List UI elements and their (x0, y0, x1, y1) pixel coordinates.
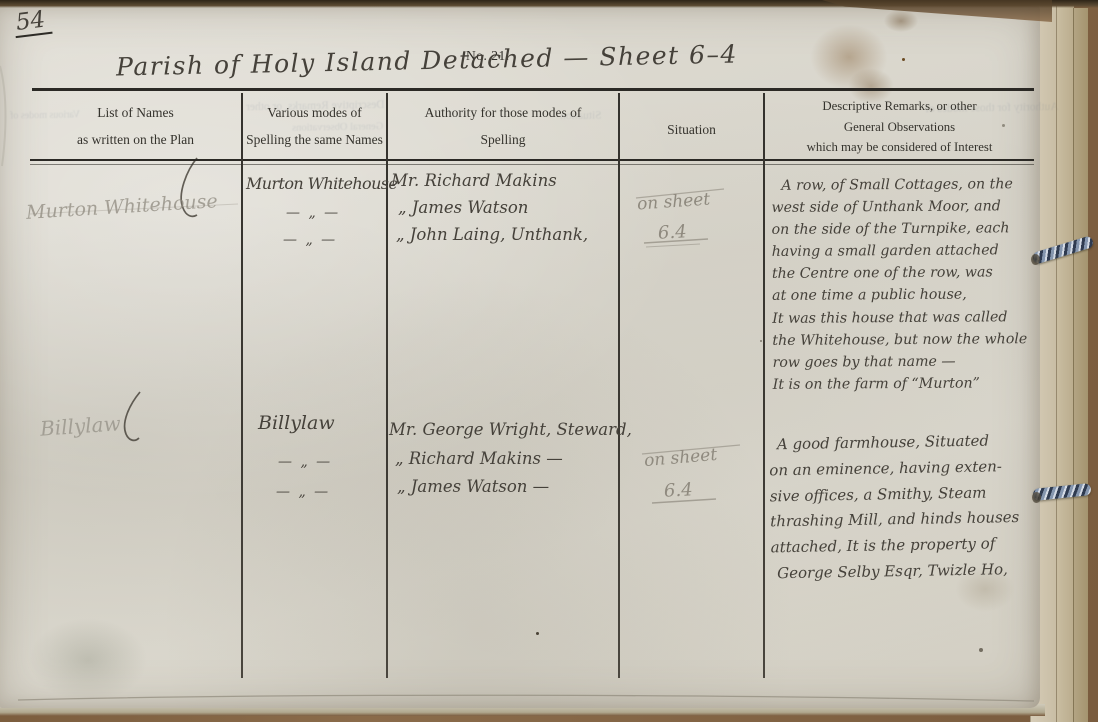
entry-authority: „ James Watson — (397, 477, 549, 496)
entry-authority: „ Richard Makins — (395, 449, 563, 468)
column-header-line: which may be considered of Interest (765, 137, 1034, 158)
column-header-line: List of Names (30, 99, 241, 126)
paper-speck (536, 632, 539, 635)
entry-spelling-ditto: — „ — (278, 454, 332, 470)
page-stack-edge (1056, 4, 1074, 722)
paper-speck (902, 58, 905, 61)
binding-hole (1032, 492, 1041, 503)
table-rule-top (32, 88, 1034, 91)
entry-plan-name: Murton Whitehouse (26, 190, 219, 224)
entry-plan-name: Billylaw (39, 411, 121, 441)
ink-stain (884, 10, 918, 32)
entry-authority: „ John Laing, Unthank, (396, 225, 588, 244)
column-divider (241, 93, 243, 678)
column-header-line: Authority for those modes of (388, 99, 618, 126)
column-header-authority: Authority for those modes of Spelling (388, 99, 618, 153)
column-divider (618, 93, 620, 678)
entry-situation-sheet: 6.4 (663, 479, 693, 501)
entry-spelling-ditto: — „ — (283, 232, 337, 248)
entry-spelling: Billylaw (258, 412, 335, 434)
entry-remarks-line: on an eminence, having exten- (769, 453, 1039, 484)
entry-situation: on sheet (643, 445, 718, 471)
binding-hole (1031, 254, 1040, 265)
entry-remarks-line: the Whitehouse, but now the whole (772, 328, 1036, 352)
column-header-line: General Observations (765, 117, 1034, 138)
entry-spelling-ditto: — „ — (276, 484, 330, 500)
column-header-line: Spelling the same Names (243, 126, 386, 153)
page: Descriptive Remarks, or other General Ob… (0, 6, 1040, 708)
entry-remarks-line: at one time a public house, (772, 284, 1036, 308)
entry-remarks-line: It was this house that was called (772, 306, 1036, 330)
entry-remarks-line: It is on the farm of “Murton” (773, 372, 1037, 396)
paper-speck (979, 648, 983, 652)
entry-remarks-line: George Selby Esqr, Twizle Ho, (771, 557, 1041, 588)
entry-remarks-line: the Centre one of the row, was (772, 261, 1036, 285)
entry-remarks-line: on the side of the Turnpike, each (772, 217, 1036, 241)
entry-remarks-line: having a small garden attached (772, 239, 1036, 263)
column-header-line: Descriptive Remarks, or other (765, 96, 1034, 117)
table-rule-header-bottom (30, 159, 1034, 161)
entry-situation: on sheet (636, 189, 710, 214)
entry-authority: „ James Watson (398, 198, 528, 217)
column-header-line: Various modes of (243, 99, 386, 126)
entry-situation-sheet: 6.4 (657, 221, 687, 243)
column-header-situation: Situation (620, 116, 763, 143)
table-rule-header-bottom-thin (30, 164, 1034, 165)
entry-remarks: A good farmhouse, Situated on an eminenc… (769, 428, 1042, 587)
column-header-line: Spelling (388, 126, 618, 153)
column-header-line: as written on the Plan (30, 126, 241, 153)
entry-remarks-line: row goes by that name — (772, 350, 1036, 374)
column-header-names: List of Names as written on the Plan (30, 99, 241, 153)
column-header-remarks: Descriptive Remarks, or other General Ob… (765, 96, 1034, 158)
entry-authority: Mr. Richard Makins (391, 171, 557, 190)
scanned-register-page: Descriptive Remarks, or other General Ob… (0, 0, 1098, 722)
column-header-line: Situation (620, 116, 763, 143)
entry-remarks-line: thrashing Mill, and hinds houses (770, 505, 1040, 536)
column-divider (763, 93, 765, 678)
page-stack-edge (1073, 8, 1088, 722)
entry-remarks-line: west side of Unthank Moor, and (771, 195, 1035, 219)
entry-spelling-ditto: — „ — (286, 205, 340, 221)
paper-speck (760, 340, 762, 342)
entry-spelling: Murton Whitehouse (246, 174, 397, 193)
page-number: 54 (12, 6, 52, 38)
entry-remarks-line: A row, of Small Cottages, on the (771, 173, 1035, 197)
entry-remarks: A row, of Small Cottages, on the west si… (771, 173, 1037, 396)
paper-speck (1002, 124, 1005, 127)
ink-stain (810, 24, 888, 90)
entry-authority: Mr. George Wright, Steward, (389, 420, 632, 439)
smudge-stain (28, 618, 148, 702)
column-header-spelling-modes: Various modes of Spelling the same Names (243, 99, 386, 153)
document-title: Parish of Holy Island Detached — Sheet 6… (116, 39, 738, 81)
